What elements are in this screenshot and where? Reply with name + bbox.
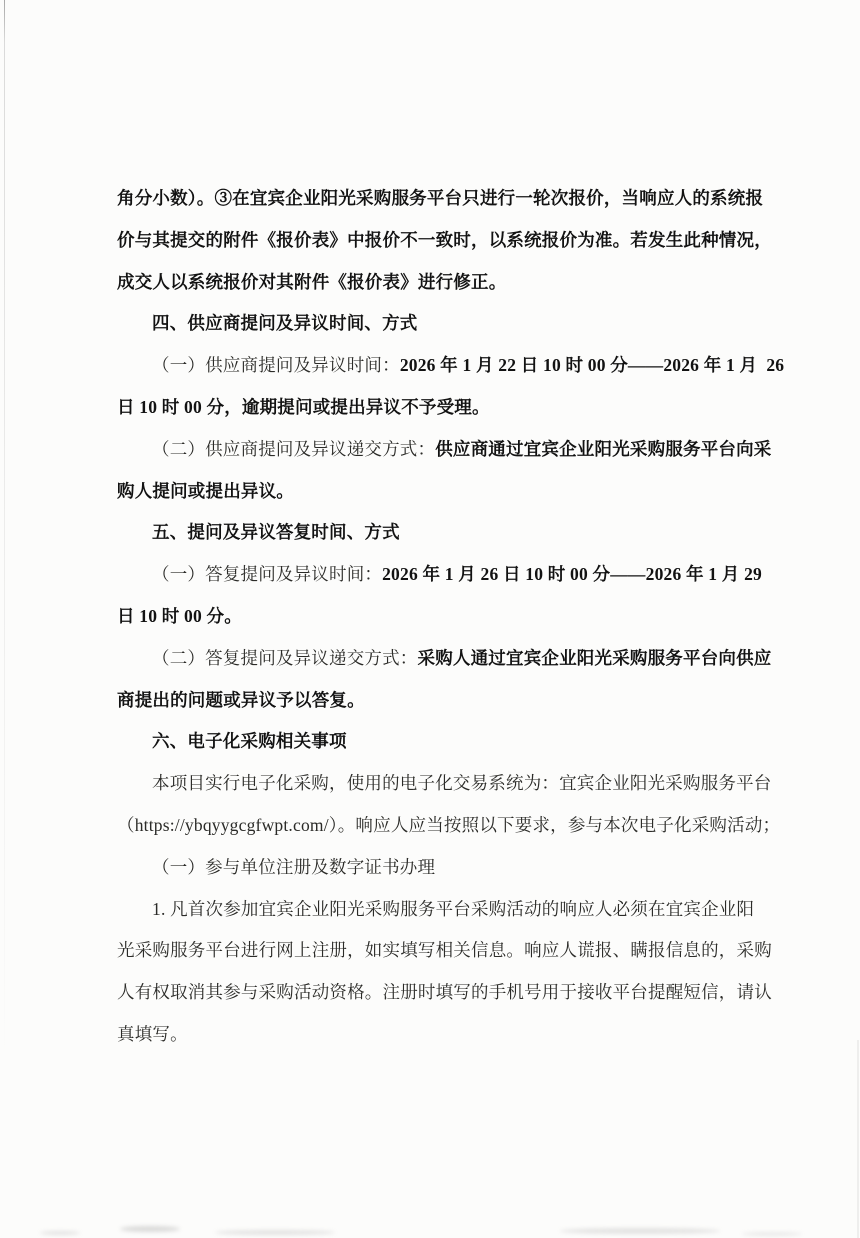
clause-5-1-line-1: （一）答复提问及异议时间：2026 年 1 月 26 日 10 时 00 分——… bbox=[117, 554, 817, 596]
text-normal: （二）供应商提问及异议递交方式： bbox=[152, 439, 435, 459]
heading-section-5: 五、提问及异议答复时间、方式 bbox=[117, 512, 817, 554]
text-bold: 2026 年 1 月 26 日 10 时 00 分——2026 年 1 月 29 bbox=[382, 564, 762, 584]
text-normal: （https://ybqyygcgfwpt.com/）。响应人应当按照以下要求，… bbox=[117, 815, 780, 835]
text-bold: 日 10 时 00 分，逾期提问或提出异议不予受理。 bbox=[117, 397, 490, 417]
text-normal: （一）参与单位注册及数字证书办理 bbox=[152, 857, 435, 877]
para-registration-line-4: 真填写。 bbox=[117, 1014, 817, 1056]
text-bold: 采购人通过宜宾企业阳光采购服务平台向供应 bbox=[418, 648, 772, 668]
text-bold: 角分小数）。③在宜宾企业阳光采购服务平台只进行一轮次报价，当响应人的系统报 bbox=[117, 188, 763, 208]
text-normal: 光采购服务平台进行网上注册，如实填写相关信息。响应人谎报、瞒报信息的，采购 bbox=[117, 940, 772, 960]
clause-4-2-line-2: 购人提问或提出异议。 bbox=[117, 471, 817, 513]
scan-artifact-smudge bbox=[560, 1228, 720, 1234]
para-pricing-rule-line-1: 角分小数）。③在宜宾企业阳光采购服务平台只进行一轮次报价，当响应人的系统报 bbox=[117, 178, 817, 220]
clause-5-2-line-2: 商提出的问题或异议予以答复。 bbox=[117, 680, 817, 722]
scan-artifact-right-streak bbox=[857, 1040, 859, 1238]
text-bold: 日 10 时 00 分。 bbox=[117, 606, 242, 626]
text-bold: 成交人以系统报价对其附件《报价表》进行修正。 bbox=[117, 272, 506, 292]
text-bold: 四、供应商提问及异议时间、方式 bbox=[152, 313, 418, 333]
para-registration-line-2: 光采购服务平台进行网上注册，如实填写相关信息。响应人谎报、瞒报信息的，采购 bbox=[117, 930, 817, 972]
scan-artifact-smudge bbox=[120, 1226, 180, 1232]
clause-4-2-line-1: （二）供应商提问及异议递交方式：供应商通过宜宾企业阳光采购服务平台向采 bbox=[117, 429, 817, 471]
text-normal: 1. 凡首次参加宜宾企业阳光采购服务平台采购活动的响应人必须在宜宾企业阳 bbox=[152, 899, 754, 919]
scan-artifact-smudge bbox=[40, 1231, 80, 1235]
text-bold: 五、提问及异议答复时间、方式 bbox=[152, 522, 400, 542]
text-normal: （一）供应商提问及异议时间： bbox=[152, 355, 400, 375]
text-bold: 六、电子化采购相关事项 bbox=[152, 731, 347, 751]
document-content: 角分小数）。③在宜宾企业阳光采购服务平台只进行一轮次报价，当响应人的系统报 价与… bbox=[117, 178, 817, 1056]
text-bold: 商提出的问题或异议予以答复。 bbox=[117, 690, 365, 710]
text-normal: 本项目实行电子化采购，使用的电子化交易系统为：宜宾企业阳光采购服务平台 bbox=[152, 773, 772, 793]
clause-4-1-line-2: 日 10 时 00 分，逾期提问或提出异议不予受理。 bbox=[117, 387, 817, 429]
scanned-document-page: 角分小数）。③在宜宾企业阳光采购服务平台只进行一轮次报价，当响应人的系统报 价与… bbox=[0, 0, 860, 1238]
text-bold: 价与其提交的附件《报价表》中报价不一致时，以系统报价为准。若发生此种情况， bbox=[117, 230, 772, 250]
scan-artifact-smudge bbox=[215, 1230, 335, 1235]
clause-4-1-line-1: （一）供应商提问及异议时间：2026 年 1 月 22 日 10 时 00 分—… bbox=[117, 345, 817, 387]
text-normal: （二）答复提问及异议递交方式： bbox=[152, 648, 418, 668]
heading-section-6: 六、电子化采购相关事项 bbox=[117, 721, 817, 763]
text-normal: 人有权取消其参与采购活动资格。注册时填写的手机号用于接收平台提醒短信，请认 bbox=[117, 982, 772, 1002]
clause-5-1-line-2: 日 10 时 00 分。 bbox=[117, 596, 817, 638]
para-pricing-rule-line-3: 成交人以系统报价对其附件《报价表》进行修正。 bbox=[117, 262, 817, 304]
text-bold: 供应商通过宜宾企业阳光采购服务平台向采 bbox=[435, 439, 771, 459]
clause-5-2-line-1: （二）答复提问及异议递交方式：采购人通过宜宾企业阳光采购服务平台向供应 bbox=[117, 638, 817, 680]
heading-section-4: 四、供应商提问及异议时间、方式 bbox=[117, 303, 817, 345]
text-normal: （一）答复提问及异议时间： bbox=[152, 564, 382, 584]
para-pricing-rule-line-2: 价与其提交的附件《报价表》中报价不一致时，以系统报价为准。若发生此种情况， bbox=[117, 220, 817, 262]
text-bold: 购人提问或提出异议。 bbox=[117, 481, 294, 501]
para-e-procurement-line-1: 本项目实行电子化采购，使用的电子化交易系统为：宜宾企业阳光采购服务平台 bbox=[117, 763, 817, 805]
text-normal: 真填写。 bbox=[117, 1024, 188, 1044]
para-e-procurement-line-2: （https://ybqyygcgfwpt.com/）。响应人应当按照以下要求，… bbox=[117, 805, 817, 847]
heading-clause-6-1: （一）参与单位注册及数字证书办理 bbox=[117, 847, 817, 889]
scan-artifact-left-line bbox=[4, 0, 5, 1060]
para-registration-line-1: 1. 凡首次参加宜宾企业阳光采购服务平台采购活动的响应人必须在宜宾企业阳 bbox=[117, 889, 817, 931]
para-registration-line-3: 人有权取消其参与采购活动资格。注册时填写的手机号用于接收平台提醒短信，请认 bbox=[117, 972, 817, 1014]
text-bold: 2026 年 1 月 22 日 10 时 00 分——2026 年 1 月 26 bbox=[400, 355, 784, 375]
scan-artifact-smudge bbox=[742, 1232, 802, 1236]
